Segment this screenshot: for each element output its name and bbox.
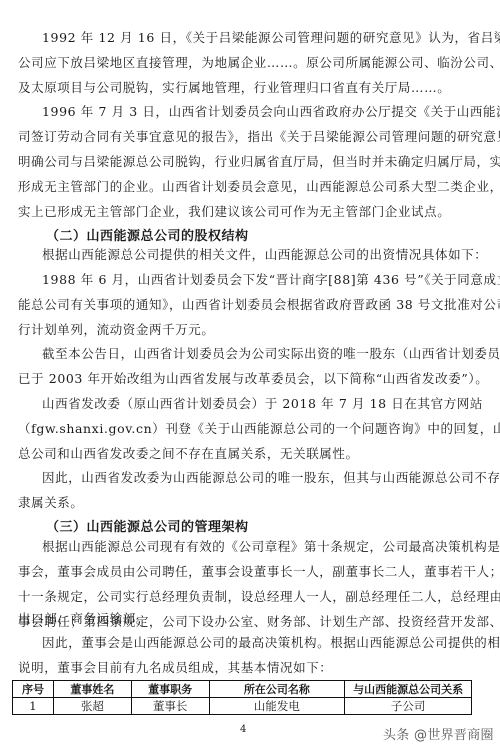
paragraph-line: 总公司和山西省发改委之间不存在直属关系，无关联属性。 [18,446,473,462]
paragraph-line: 因此，董事会是山西能源总公司的最高决策机构。根据山西能源总公司提供的相关 [42,635,497,651]
paragraph-line: 公司应下放吕梁地区直接管理，为地属企业……。原公司所属能源公司、临汾公司、以 [18,55,473,71]
paragraph-line: 已于 2003 年开始改组为山西省发展与改革委员会，以下简称“山西省发改委”）。 [18,371,473,387]
column-header: 董事姓名 [53,681,131,698]
paragraph-line: 因此，山西省发改委为山西能源总公司的唯一股东，但其与山西能源总公司不存在 [42,470,497,486]
table-header-row: 序号 董事姓名 董事职务 所在公司名称 与山西能源总公司关系 [13,681,472,698]
table-cell: 1 [13,698,54,715]
paragraph-line: 1996 年 7 月 3 日，山西省计划委员会向山西省政府办公厅提交《关于山西能… [42,104,497,120]
paragraph-line: 事会，董事会成员由公司聘任，董事会设董事长一人，副董事长二人，董事若干人；第 [18,564,473,580]
paragraph-line: 山西省发改委（原山西省计划委员会）于 2018 年 7 月 18 日在其官方网站 [42,396,497,412]
paragraph-line: 根据山西能源总公司提供的相关文件，山西能源总公司的出资情况具体如下： [42,247,497,263]
paragraph-line: 实上已形成无主管部门企业，我们建议该公司可作为无主管部门企业试点。 [18,204,473,220]
paragraph-line: 1992 年 12 月 16 日，《关于吕梁能源公司管理问题的研究意见》认为，省… [42,30,497,46]
paragraph-line: 隶属关系。 [18,495,473,511]
paragraph-line: 行计划单列，流动资金两千万元。 [18,322,473,338]
paragraph-line: 司签订劳动合同有关事宜意见的报告》，指出《关于吕梁能源公司管理问题的研究意见》 [18,129,473,145]
paragraph-line: 明确公司与吕梁能源总公司脱钩，行业归属省直厅局，但当时并未确定归属厅局，实际 [18,154,473,170]
table-row: 1 张超 董事长 山能发电 子公司 [13,698,472,715]
table-cell: 子公司 [345,698,472,715]
column-header: 所在公司名称 [209,681,345,698]
paragraph-line: 及太原项目与公司脱钩，实行属地管理，行业管理归口省直有关厅局……。 [18,80,473,96]
section-heading-equity-structure: （二）山西能源总公司的股权结构 [46,225,249,244]
paragraph-line: 能总公司有关事项的通知》，山西省计划委员会根据省政府晋政函 38 号文批准对公司… [18,297,473,313]
column-header: 董事职务 [131,681,209,698]
paragraph-line: 1988 年 6 月，山西省计划委员会下发“晋计商字[88]第 436 号”《关… [42,272,497,288]
paragraph-line: 出口部、商务运输部。 [18,611,473,627]
table-cell: 山能发电 [209,698,345,715]
paragraph-line: 形成无主管部门的企业。山西省计划委员会意见，山西能源总公司系大型二类企业，事 [18,179,473,195]
paragraph-line: （fgw.shanxi.gov.cn）刊登《关于山西能源总公司的一个问题咨询》中… [18,421,473,437]
table-cell: 张超 [53,698,131,715]
table-cell: 董事长 [131,698,209,715]
paragraph-line: 根据山西能源总公司现有有效的《公司章程》第十条规定，公司最高决策机构是董 [42,539,497,555]
paragraph-line: 十一条规定，公司实行总经理负责制，设总经理人一人，副总经理任二人，总经理由董 [18,589,473,605]
watermark: 头条 @世界晋商圈 [383,724,494,743]
section-heading-management-structure: （三）山西能源总公司的管理架构 [46,516,249,535]
document-page: 1992 年 12 月 16 日，《关于吕梁能源公司管理问题的研究意见》认为，省… [0,0,500,749]
column-header: 与山西能源总公司关系 [345,681,472,698]
page-number: 4 [240,724,246,735]
paragraph-line: 截至本公告日，山西省计划委员会为公司实际出资的唯一股东（山西省计划委员会 [42,346,497,362]
board-members-table: 序号 董事姓名 董事职务 所在公司名称 与山西能源总公司关系 1 张超 董事长 … [12,680,472,715]
paragraph-line: 说明，董事会目前有九名成员组成，其基本情况如下： [18,660,473,676]
column-header: 序号 [13,681,54,698]
